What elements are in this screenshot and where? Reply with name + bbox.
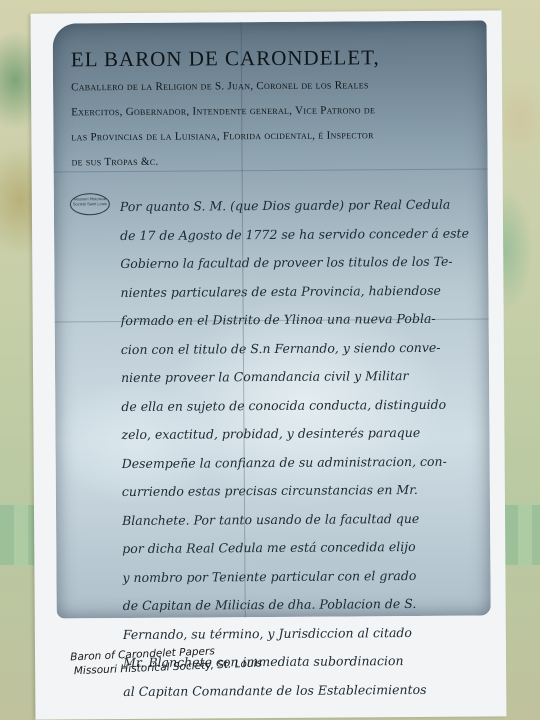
handwritten-body: Por quanto S. M. (que Dios guarde) por R… bbox=[120, 191, 484, 707]
handwritten-line: al Capitan Comandante de los Establecimi… bbox=[123, 675, 483, 706]
header-line: de sus Tropas &c. bbox=[72, 156, 159, 169]
handwritten-line: de ella en sujeto de conocida conducta, … bbox=[121, 390, 481, 421]
handwritten-line: Desempeñe la confianza de su administrac… bbox=[122, 447, 482, 478]
header-line: las Provincias de la Luisiana, Florida o… bbox=[71, 129, 373, 143]
handwritten-line: nientes particulares de esta Provincia, … bbox=[120, 276, 480, 307]
handwritten-line: formado en el Distrito de Ylinoa una nue… bbox=[121, 305, 481, 336]
archive-stamp: Missouri Historical Society Saint Louis bbox=[70, 193, 110, 215]
handwritten-line: niente proveer la Comandancia civil y Mi… bbox=[121, 362, 481, 393]
handwritten-line: y nombro por Teniente particular con el … bbox=[122, 561, 482, 592]
header-line: Caballero de la Religion de S. Juan, Cor… bbox=[71, 79, 369, 93]
handwritten-line: de 17 de Agosto de 1772 se ha servido co… bbox=[120, 219, 480, 250]
document-title: EL BARON DE CARONDELET, bbox=[71, 45, 481, 73]
printed-header: EL BARON DE CARONDELET, Caballero de la … bbox=[71, 45, 482, 176]
handwritten-line: Blanchete. Por tanto usando de la facult… bbox=[122, 504, 482, 535]
handwritten-line: curriendo estas precisas circunstancias … bbox=[122, 476, 482, 507]
handwritten-line: cion con el titulo de S.n Fernando, y si… bbox=[121, 333, 481, 364]
handwritten-line: por dicha Real Cedula me está concedida … bbox=[122, 533, 482, 564]
document-photocopy: EL BARON DE CARONDELET, Caballero de la … bbox=[53, 20, 491, 618]
header-line: Exercitos, Gobernador, Intendente genera… bbox=[71, 104, 375, 118]
handwritten-line: Por quanto S. M. (que Dios guarde) por R… bbox=[120, 191, 480, 222]
handwritten-line: Fernando, su término, y Jurisdiccion al … bbox=[123, 618, 483, 649]
paper-sheet: EL BARON DE CARONDELET, Caballero de la … bbox=[31, 10, 507, 719]
handwritten-line: de Capitan de Milicias de dha. Poblacion… bbox=[123, 590, 483, 621]
handwritten-line: zelo, exactitud, probidad, y desinterés … bbox=[121, 419, 481, 450]
handwritten-line: Gobierno la facultad de proveer los titu… bbox=[120, 248, 480, 279]
